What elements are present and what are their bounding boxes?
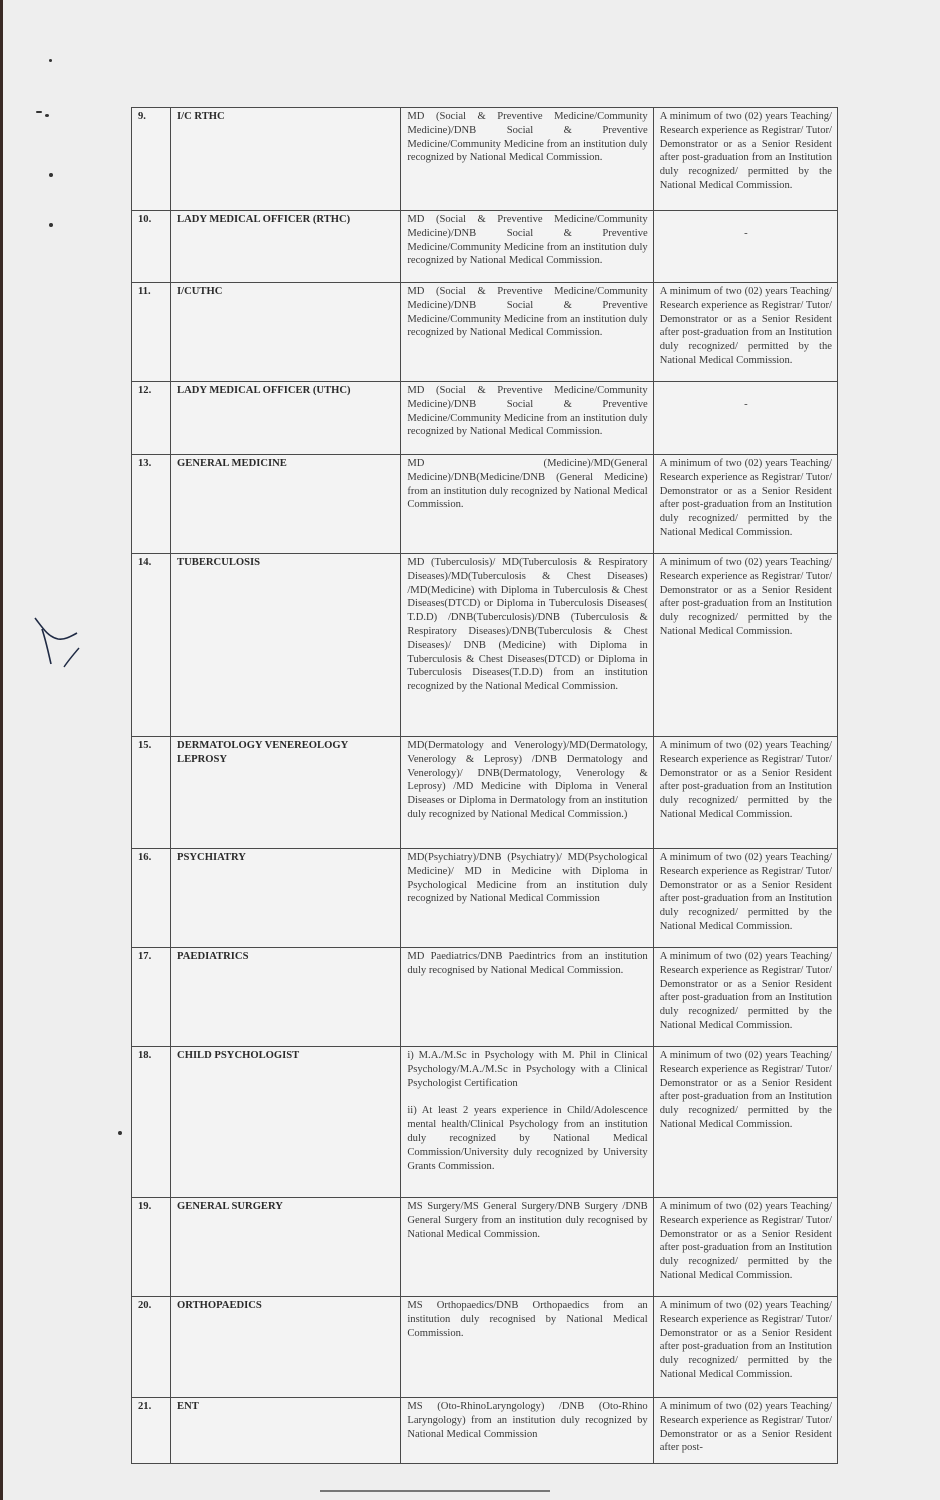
experience-text: A minimum of two (02) years Teaching/ Re… <box>653 283 837 382</box>
serial-number: 13. <box>132 455 171 554</box>
post-name: ENT <box>171 1398 401 1464</box>
qualification-cell: i) M.A./M.Sc in Psychology with M. Phil … <box>401 1047 653 1198</box>
table-row: 11. I/CUTHC MD (Social & Preventive Medi… <box>132 283 838 382</box>
post-name: I/CUTHC <box>171 283 401 382</box>
experience-text: A minimum of two (02) years Teaching/ Re… <box>653 108 837 211</box>
table-row: 9. I/C RTHC MD (Social & Preventive Medi… <box>132 108 838 211</box>
post-name: DERMATOLOGY VENEREOLOGY LEPROSY <box>171 737 401 849</box>
qualification-text: MD (Social & Preventive Medicine/Communi… <box>401 108 653 211</box>
experience-text: A minimum of two (02) years Teaching/ Re… <box>653 1398 837 1464</box>
serial-number: 17. <box>132 948 171 1047</box>
serial-number: 9. <box>132 108 171 211</box>
table-row: 19. GENERAL SURGERY MS Surgery/MS Genera… <box>132 1198 838 1297</box>
post-name: PSYCHIATRY <box>171 849 401 948</box>
page-bottom-shadow <box>320 1490 550 1492</box>
margin-speck <box>118 1131 122 1135</box>
qualification-text: MS Orthopaedics/DNB Orthopaedics from an… <box>401 1297 653 1398</box>
table-row: 13. GENERAL MEDICINE MD (Medicine)/MD(Ge… <box>132 455 838 554</box>
post-name: LADY MEDICAL OFFICER (UTHC) <box>171 382 401 455</box>
qualification-part-2: ii) At least 2 years experience in Child… <box>407 1104 647 1173</box>
serial-number: 10. <box>132 211 171 283</box>
qualification-table: 9. I/C RTHC MD (Social & Preventive Medi… <box>131 107 838 1464</box>
post-name: TUBERCULOSIS <box>171 554 401 737</box>
post-name: LADY MEDICAL OFFICER (RTHC) <box>171 211 401 283</box>
post-name: ORTHOPAEDICS <box>171 1297 401 1398</box>
post-name: I/C RTHC <box>171 108 401 211</box>
table-row: 17. PAEDIATRICS MD Paediatrics/DNB Paedi… <box>132 948 838 1047</box>
qualification-text: MD (Social & Preventive Medicine/Communi… <box>401 382 653 455</box>
spacer <box>407 1090 647 1104</box>
margin-speck <box>45 114 49 117</box>
experience-text: A minimum of two (02) years Teaching/ Re… <box>653 1297 837 1398</box>
qualification-text: MD Paediatrics/DNB Paedintrics from an i… <box>401 948 653 1047</box>
serial-number: 15. <box>132 737 171 849</box>
post-name: GENERAL SURGERY <box>171 1198 401 1297</box>
qualification-text: MD(Dermatology and Venerology)/MD(Dermat… <box>401 737 653 849</box>
post-name: CHILD PSYCHOLOGIST <box>171 1047 401 1198</box>
qualification-text: MD (Social & Preventive Medicine/Communi… <box>401 283 653 382</box>
qualification-text: MD (Social & Preventive Medicine/Communi… <box>401 211 653 283</box>
experience-text: A minimum of two (02) years Teaching/ Re… <box>653 849 837 948</box>
qualification-part-1: i) M.A./M.Sc in Psychology with M. Phil … <box>407 1049 647 1090</box>
experience-text: - <box>653 382 837 455</box>
table-row: 15. DERMATOLOGY VENEREOLOGY LEPROSY MD(D… <box>132 737 838 849</box>
post-name: GENERAL MEDICINE <box>171 455 401 554</box>
margin-speck <box>49 223 53 227</box>
table-row: 14. TUBERCULOSIS MD (Tuberculosis)/ MD(T… <box>132 554 838 737</box>
qualification-text: MD (Medicine)/MD(General Medicine)/DNB(M… <box>401 455 653 554</box>
table-row: 16. PSYCHIATRY MD(Psychiatry)/DNB (Psych… <box>132 849 838 948</box>
post-name: PAEDIATRICS <box>171 948 401 1047</box>
experience-text: A minimum of two (02) years Teaching/ Re… <box>653 948 837 1047</box>
table-row: 20. ORTHOPAEDICS MS Orthopaedics/DNB Ort… <box>132 1297 838 1398</box>
experience-text: A minimum of two (02) years Teaching/ Re… <box>653 455 837 554</box>
margin-speck <box>36 111 42 113</box>
serial-number: 12. <box>132 382 171 455</box>
margin-speck <box>49 59 52 62</box>
qualification-text: MS Surgery/MS General Surgery/DNB Surger… <box>401 1198 653 1297</box>
table-row: 10. LADY MEDICAL OFFICER (RTHC) MD (Soci… <box>132 211 838 283</box>
serial-number: 20. <box>132 1297 171 1398</box>
serial-number: 18. <box>132 1047 171 1198</box>
table-row: 18. CHILD PSYCHOLOGIST i) M.A./M.Sc in P… <box>132 1047 838 1198</box>
experience-text: - <box>653 211 837 283</box>
experience-text: A minimum of two (02) years Teaching/ Re… <box>653 554 837 737</box>
serial-number: 16. <box>132 849 171 948</box>
experience-text: A minimum of two (02) years Teaching/ Re… <box>653 1047 837 1198</box>
serial-number: 19. <box>132 1198 171 1297</box>
serial-number: 11. <box>132 283 171 382</box>
margin-speck <box>49 173 53 177</box>
serial-number: 14. <box>132 554 171 737</box>
qualification-text: MD(Psychiatry)/DNB (Psychiatry)/ MD(Psyc… <box>401 849 653 948</box>
table-row: 21. ENT MS (Oto-RhinoLaryngology) /DNB (… <box>132 1398 838 1464</box>
page-edge-shadow <box>0 0 3 1500</box>
table-row: 12. LADY MEDICAL OFFICER (UTHC) MD (Soci… <box>132 382 838 455</box>
qualification-text: MS (Oto-RhinoLaryngology) /DNB (Oto-Rhin… <box>401 1398 653 1464</box>
handwritten-signature-icon <box>30 615 90 675</box>
qualification-text: MD (Tuberculosis)/ MD(Tuberculosis & Res… <box>401 554 653 737</box>
experience-text: A minimum of two (02) years Teaching/ Re… <box>653 1198 837 1297</box>
serial-number: 21. <box>132 1398 171 1464</box>
experience-text: A minimum of two (02) years Teaching/ Re… <box>653 737 837 849</box>
